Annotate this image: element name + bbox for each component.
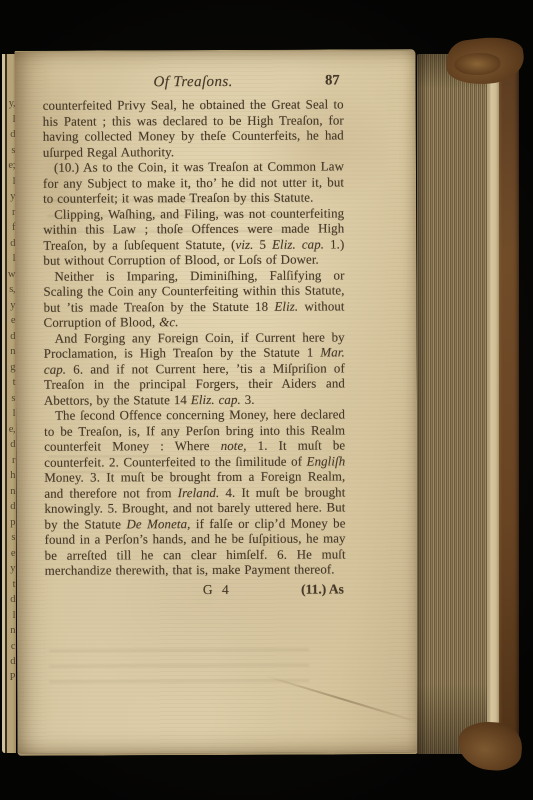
- page-header: Of Treaſons. 87: [43, 72, 344, 91]
- edge-text-fragment: c: [2, 639, 16, 655]
- signature-mark: G 4: [203, 581, 232, 597]
- signature-line: G 4 (11.) As: [45, 581, 346, 599]
- ink-showthrough: [49, 649, 309, 686]
- edge-text-fragment: e: [2, 313, 16, 329]
- edge-text-fragment: s,: [2, 282, 16, 298]
- edge-text-fragment: l: [2, 251, 16, 267]
- edge-text-fragment: P: [2, 670, 16, 686]
- edge-text-fragment: d: [2, 437, 16, 453]
- paragraph: Neither is Imparing, Diminiſhing, Falſif…: [43, 268, 344, 331]
- text-run: counterfeited Privy Seal, he obtained th…: [43, 97, 344, 159]
- edge-text-fragment: f: [2, 220, 16, 236]
- edge-text-fragment: r: [2, 205, 16, 221]
- italic-text-run: Eliz. cap.: [191, 392, 241, 406]
- book-cover-edge: [499, 52, 519, 766]
- text-run: And Forging any Foreign Coin, if Current…: [44, 330, 345, 361]
- page-edge-strip: [487, 60, 499, 752]
- italic-text-run: Engliſh: [307, 454, 346, 468]
- edge-text-fragment: p: [2, 515, 16, 531]
- paragraph: And Forging any Foreign Coin, if Current…: [44, 330, 345, 409]
- edge-text-fragment: n: [2, 344, 16, 360]
- paragraph: (10.) As to the Coin, it was Treaſon at …: [43, 159, 344, 207]
- catchword: (11.) As: [301, 581, 344, 597]
- edge-text-fragment: y: [2, 561, 16, 577]
- text-run: 3.: [241, 392, 255, 406]
- edge-text-fragment: y: [2, 189, 16, 205]
- edge-text-fragment: d: [2, 329, 16, 345]
- italic-text-run: De Moneta,: [126, 517, 190, 531]
- edge-text-fragment: d: [2, 236, 16, 252]
- edge-text-fragment: n: [2, 623, 16, 639]
- paragraph: Clipping, Waſhing, and Filing, was not c…: [43, 206, 344, 269]
- text-body: counterfeited Privy Seal, he obtained th…: [43, 97, 346, 579]
- edge-text-fragment: g: [2, 360, 16, 376]
- page-crease: [264, 675, 422, 724]
- edge-text-fragment: d: [2, 592, 16, 608]
- printed-text-area: Of Treaſons. 87 counterfeited Privy Seal…: [43, 72, 346, 599]
- edge-text-fragment: e: [2, 546, 16, 562]
- edge-text-fragment: w: [2, 267, 16, 283]
- running-title: Of Treaſons.: [153, 74, 232, 90]
- edge-text-fragment: e;: [2, 158, 16, 174]
- facing-page-sliver: y,ldse;lyrfdlws,yedngtsle,drhndpseytdlnc…: [2, 54, 16, 753]
- italic-text-run: note,: [221, 439, 247, 453]
- edge-text-fragment: y: [2, 298, 16, 314]
- italic-text-run: Eliz.: [274, 299, 298, 313]
- edge-text-fragment: l: [2, 406, 16, 422]
- book-fore-edge: [417, 54, 487, 754]
- edge-text-fragment: e,: [2, 422, 16, 438]
- book-scan-photo: y,ldse;lyrfdlws,yedngtsle,drhndpseytdlnc…: [0, 0, 533, 800]
- page-number: 87: [325, 72, 340, 89]
- edge-text-fragment: l: [2, 174, 16, 190]
- paragraph: The ſecond Offence concerning Money, her…: [44, 407, 346, 579]
- italic-text-run: viz.: [235, 237, 253, 251]
- text-run: 5: [253, 237, 272, 251]
- book-page: Of Treaſons. 87 counterfeited Privy Seal…: [14, 49, 418, 756]
- edge-text-fragment: s: [2, 391, 16, 407]
- paragraph: counterfeited Privy Seal, he obtained th…: [43, 97, 344, 160]
- italic-text-run: &c.: [159, 315, 178, 329]
- edge-text-fragment: n: [2, 484, 16, 500]
- italic-text-run: Eliz. cap.: [272, 237, 324, 251]
- edge-text-fragment: l: [2, 608, 16, 624]
- edge-text-fragment: h: [2, 468, 16, 484]
- edge-text-fragment: t: [2, 375, 16, 391]
- edge-text-fragment: t: [2, 577, 16, 593]
- edge-text-fragment: d: [2, 499, 16, 515]
- edge-text-fragment: d: [2, 654, 16, 670]
- edge-text-fragment: s: [2, 530, 16, 546]
- italic-text-run: Ireland.: [178, 485, 220, 499]
- text-run: (10.) As to the Coin, it was Treaſon at …: [43, 159, 344, 205]
- edge-text-fragment: r: [2, 453, 16, 469]
